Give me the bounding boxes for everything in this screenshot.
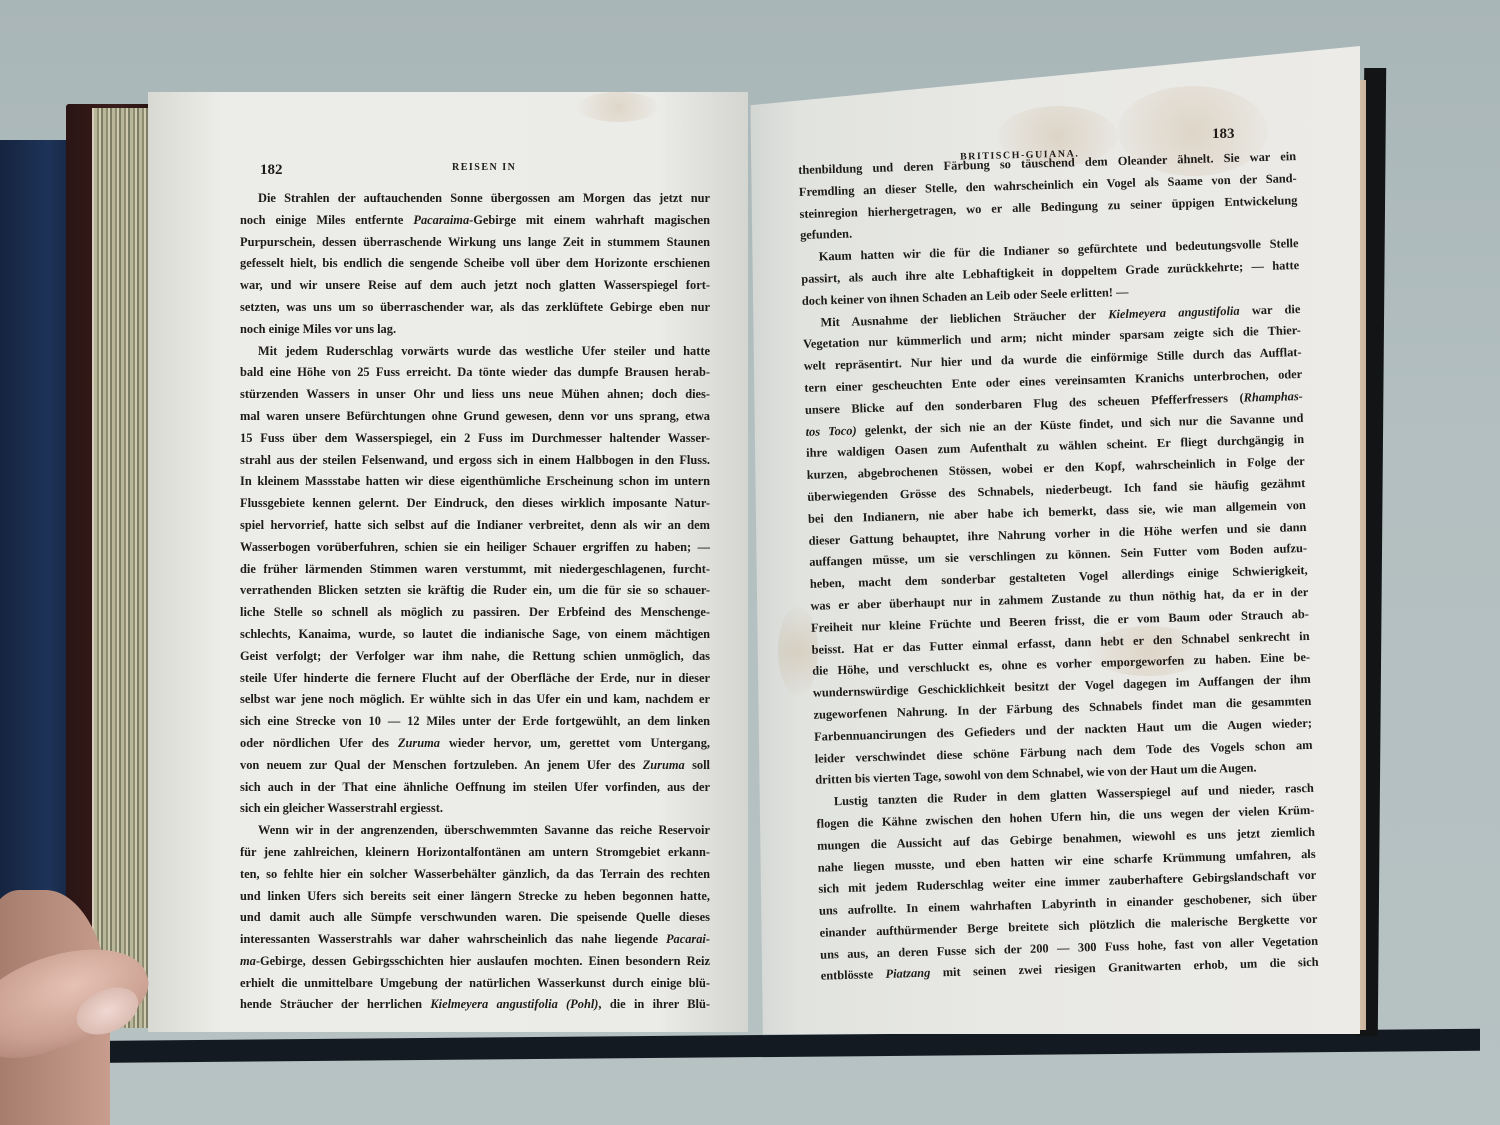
text-line: hende Sträucher der herrlichen Kielmeyer… [240,994,710,1016]
text-line: sich auch in der That eine ähnliche Oeff… [240,777,710,799]
text-line: sich ein gleicher Wasserstrahl ergiesst. [240,798,710,820]
text-line: die früher lärmenden Stimmen waren verst… [240,559,710,581]
text-line: 15 Fuss über dem Wasserspiegel, ein 2 Fu… [240,428,710,450]
text-line: und linken Ufers sich bereits seit einer… [240,886,710,908]
text-line: stürzenden Wassers in unser Ohr und lies… [240,384,710,406]
book-photo: 182 REISEN IN Die Strahlen der auftauche… [0,0,1500,1125]
text-line: erhielt die unmittelbare Umgebung der na… [240,973,710,995]
page-number-left: 182 [260,162,283,179]
text-line: ma-Gebirge, dessen Gebirgsschichten hier… [240,951,710,973]
text-line: Wenn wir in der angrenzenden, überschwem… [240,820,710,842]
text-line: war, und wir unsere Reise auf dem auch j… [240,275,710,297]
text-line: von neuem zur Qual der Menschen fortzule… [240,755,710,777]
text-line: ten, so fehlte hier ein solcher Wasserbe… [240,864,710,886]
right-page-text: thenbildung und deren Färbung so täusche… [798,146,1319,988]
text-line: Mit jedem Ruderschlag vorwärts wurde das… [240,341,710,363]
fore-edge-page-stack [92,108,152,1028]
page-number-right: 183 [1212,126,1235,143]
text-line: für jene zahlreichen, kleinern Horizonta… [240,842,710,864]
text-line: In kleinem Massstabe hatten wir diese ei… [240,471,710,493]
text-line: liche Stelle so schnell als möglich zu p… [240,602,710,624]
text-line: interessanten Wasserstrahls war daher wa… [240,929,710,951]
text-line: selbst war jene noch möglich. Er wühlte … [240,689,710,711]
text-line: strahl aus der steilen Felsenwand, und e… [240,450,710,472]
text-line: setzten, was uns um so überraschender wa… [240,297,710,319]
text-line: schlechts, Kanaima, wurde, so lautet die… [240,624,710,646]
text-line: noch einige Miles vor uns lag. [240,319,710,341]
text-line: Wasserbogen vorüberfuhren, schien sie ei… [240,537,710,559]
text-line: noch einige Miles entfernte Pacaraima-Ge… [240,210,710,232]
text-line: Purpurschein, dessen überraschende Wirku… [240,232,710,254]
left-page-text: Die Strahlen der auftauchenden Sonne übe… [240,188,710,1016]
text-line: gefesselt hielt, bis endlich die sengend… [240,253,710,275]
text-line: spiel hervorrief, hatte sich selbst auf … [240,515,710,537]
text-line: steile Ufer hinderte die fernere Flucht … [240,668,710,690]
text-line: Geist verfolgt; der Verfolger war ihm na… [240,646,710,668]
text-line: oder nördlichen Ufer des Zuruma wieder h… [240,733,710,755]
text-line: sich eine Strecke von 10 — 12 Miles unte… [240,711,710,733]
right-page: 183 BRITISCH-GUIANA. thenbildung und der… [738,46,1360,1034]
text-line: Die Strahlen der auftauchenden Sonne übe… [240,188,710,210]
text-line: mal waren unsere Befürchtungen ohne Grun… [240,406,710,428]
left-page: 182 REISEN IN Die Strahlen der auftauche… [148,92,748,1032]
text-line: Flussgebiete kennen gelernt. Der Eindruc… [240,493,710,515]
text-line: bald eine Höhe von 25 Fuss erreicht. Da … [240,362,710,384]
text-line: und damit auch alle Sümpfe verschwunden … [240,907,710,929]
text-line: verrathenden Blicken setzten sie kräftig… [240,580,710,602]
running-head-left: REISEN IN [452,162,516,173]
